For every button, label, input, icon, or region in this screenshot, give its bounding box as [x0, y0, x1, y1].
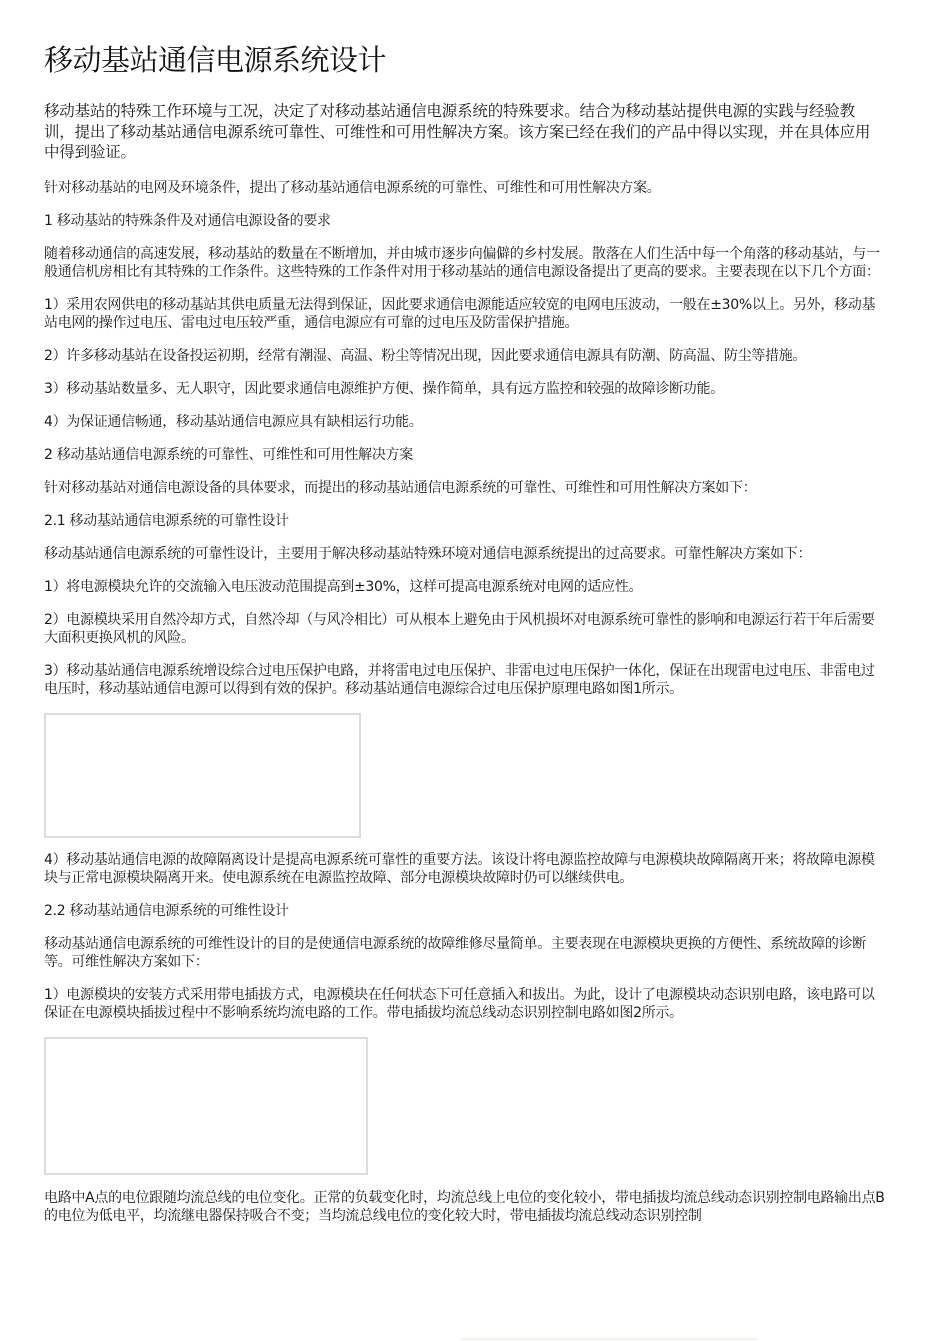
lead-paragraph: 移动基站的特殊工作环境与工况，决定了对移动基站通信电源系统的特殊要求。结合为移动…: [44, 101, 874, 163]
section-2-2-after-figure: 电路中A点的电位跟随均流总线的电位变化。正常的负载变化时，均流总线上电位的变化较…: [44, 1189, 886, 1225]
page-bottom-artifact: [462, 1338, 758, 1340]
section-1-intro: 随着移动通信的高速发展，移动基站的数量在不断增加，并由城市逐步向偏僻的乡村发展。…: [44, 245, 886, 281]
section-2-1-intro: 移动基站通信电源系统的可靠性设计，主要用于解决移动基站特殊环境对通信电源系统提出…: [44, 545, 886, 563]
section-1-item-3: 3）移动基站数量多、无人职守，因此要求通信电源维护方便、操作简单，具有远方监控和…: [44, 380, 886, 398]
section-2-2-heading: 2.2 移动基站通信电源系统的可维性设计: [44, 902, 886, 920]
section-2-2-intro: 移动基站通信电源系统的可维性设计的目的是使通信电源系统的故障维修尽量简单。主要表…: [44, 935, 886, 971]
figure-1-image-placeholder: [44, 713, 361, 838]
section-2-1-item-2: 2）电源模块采用自然冷却方式，自然冷却（与风冷相比）可从根本上避免由于风机损坏对…: [44, 611, 886, 647]
section-2-1-item-1: 1）将电源模块允许的交流输入电压波动范围提高到±30%，这样可提高电源系统对电网…: [44, 578, 886, 596]
figure-2-image-placeholder: [44, 1037, 368, 1175]
section-1-item-1: 1）采用农网供电的移动基站其供电质量无法得到保证，因此要求通信电源能适应较宽的电…: [44, 296, 886, 332]
section-2-2-item-1: 1）电源模块的安装方式采用带电插拔方式，电源模块在任何状态下可任意插入和拔出。为…: [44, 986, 886, 1022]
section-2-1-heading: 2.1 移动基站通信电源系统的可靠性设计: [44, 512, 886, 530]
section-2-intro: 针对移动基站对通信电源设备的具体要求，而提出的移动基站通信电源系统的可靠性、可维…: [44, 479, 886, 497]
section-2-heading: 2 移动基站通信电源系统的可靠性、可维性和可用性解决方案: [44, 446, 886, 464]
section-2-1-item-4: 4）移动基站通信电源的故障隔离设计是提高电源系统可靠性的重要方法。该设计将电源监…: [44, 851, 886, 887]
section-1-item-4: 4）为保证通信畅通，移动基站通信电源应具有缺相运行功能。: [44, 413, 886, 431]
page-title: 移动基站通信电源系统设计: [44, 42, 386, 78]
summary-paragraph: 针对移动基站的电网及环境条件，提出了移动基站通信电源系统的可靠性、可维性和可用性…: [44, 179, 886, 197]
section-1-heading: 1 移动基站的特殊条件及对通信电源设备的要求: [44, 212, 886, 230]
section-1-item-2: 2）许多移动基站在设备投运初期，经常有潮湿、高温、粉尘等情况出现，因此要求通信电…: [44, 347, 886, 365]
article-body: 移动基站的特殊工作环境与工况，决定了对移动基站通信电源系统的特殊要求。结合为移动…: [44, 101, 886, 1240]
section-2-1-item-3: 3）移动基站通信电源系统增设综合过电压保护电路，并将雷电过电压保护、非雷电过电压…: [44, 662, 886, 698]
